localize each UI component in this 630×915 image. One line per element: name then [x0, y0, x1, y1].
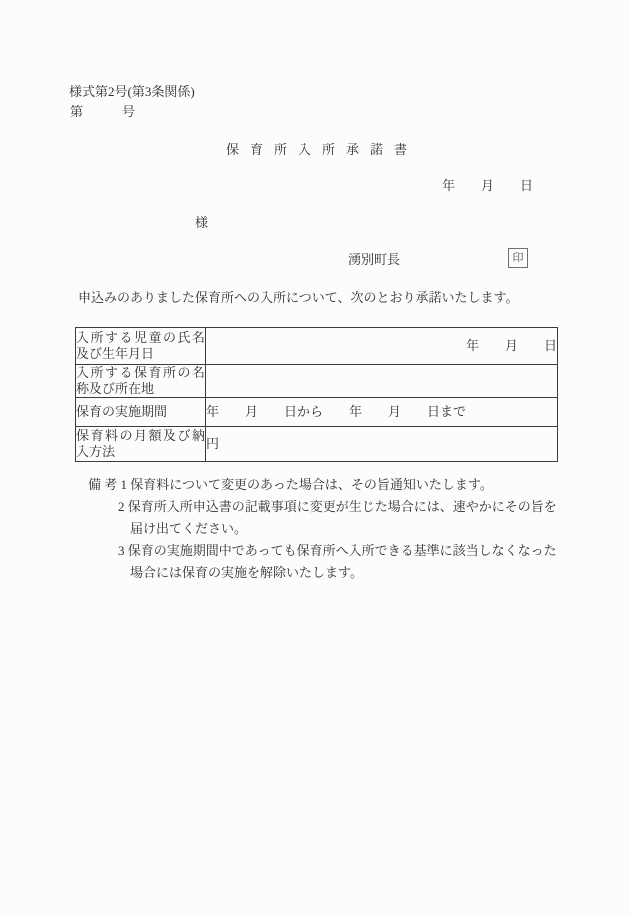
remarks-line: 備 考 1 保育料について変更のあった場合は、その旨通知いたします。 [88, 474, 557, 496]
remarks-line: 場合には保育の実施を解除いたします。 [88, 562, 557, 584]
document-title: 保育所入所承諾書 [226, 143, 418, 156]
row-value [206, 365, 558, 398]
issuer-name: 湧別町長 [348, 253, 400, 266]
remarks-line: 3 保育の実施期間中であっても保育所へ入所できる基準に該当しなくなった [88, 540, 557, 562]
row-label: 入所する児童の氏名及び生年月日 [76, 328, 206, 365]
form-number: 様式第2号(第3条関係) [69, 85, 195, 98]
issue-date-line: 年 月 日 [442, 179, 533, 192]
table-row-care-period: 保育の実施期間 年 月 日から 年 月 日まで [76, 398, 558, 427]
row-value: 円 [206, 427, 558, 462]
remarks-section: 備 考 1 保育料について変更のあった場合は、その旨通知いたします。 2 保育所… [88, 474, 557, 584]
row-value: 年 月 日 [206, 328, 558, 365]
document-page: 様式第2号(第3条関係) 第 号 保育所入所承諾書 年 月 日 様 湧別町長 印… [0, 0, 630, 915]
table-row-monthly-fee: 保育料の月額及び納入方法 円 [76, 427, 558, 462]
remarks-line: 届け出てください。 [88, 518, 557, 540]
row-value: 年 月 日から 年 月 日まで [206, 398, 558, 427]
table-row-nursery-name: 入所する保育所の名称及び所在地 [76, 365, 558, 398]
seal-mark-text: 印 [513, 253, 524, 264]
row-label: 保育の実施期間 [76, 398, 206, 427]
row-label: 保育料の月額及び納入方法 [76, 427, 206, 462]
body-paragraph: 申込みのありました保育所への入所について、次のとおり承諾いたします。 [65, 291, 518, 304]
document-number-line: 第 号 [70, 105, 135, 118]
admission-table: 入所する児童の氏名及び生年月日 年 月 日 入所する保育所の名称及び所在地 保育… [75, 327, 558, 462]
table-row-child-name: 入所する児童の氏名及び生年月日 年 月 日 [76, 328, 558, 365]
row-label: 入所する保育所の名称及び所在地 [76, 365, 206, 398]
remarks-line: 2 保育所入所申込書の記載事項に変更が生じた場合には、速やかにその旨を [88, 496, 557, 518]
addressee-suffix: 様 [195, 216, 208, 229]
seal-stamp: 印 [508, 248, 528, 268]
